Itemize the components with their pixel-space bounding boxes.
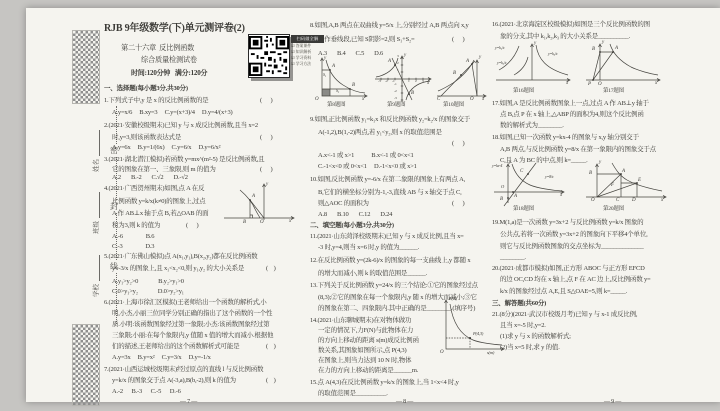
text-line: 2.(2021·安徽校级期末)已知 y 与 x 成反比例函数,且当 x=2 bbox=[104, 122, 258, 129]
text-line: 11.(2021·山东菏泽校级期末)已知 y 与 x 成反比例,且当 x= bbox=[310, 233, 464, 240]
text-line: 数的解析式为________. bbox=[500, 122, 564, 129]
text-line: 12.在反比例函数 y=(2k-6)/x 的图象的每一支曲线上,y 都随 x bbox=[310, 257, 470, 264]
section-header: 一、选择题(每小题3分,共30分) bbox=[104, 85, 188, 92]
text-line: A 作 AB⊥x 轴于点 B,若△OAB 的面 bbox=[112, 210, 208, 217]
figure-label: y=k₃/x bbox=[548, 52, 557, 56]
figure-label: C bbox=[616, 198, 619, 203]
figure-label: C bbox=[437, 97, 440, 102]
figure-tick: -1 bbox=[394, 83, 397, 87]
text-line: 积为3,则 k 的值为 bbox=[112, 222, 160, 229]
text-line: B,它们的横坐标分别为-1,-3,直线 AB 与 x 轴交于点 C, bbox=[318, 189, 462, 196]
text-line: A.3 B.4 C.5 D.6 bbox=[318, 50, 383, 57]
text-line: 9.如图,正比例函数 y₁=k₁x 和反比例函数 y₂=k₂/x 的图象交于 bbox=[310, 116, 470, 123]
figure-label: B bbox=[243, 220, 246, 225]
text-line: A.y=3x B.y=x² C.y=3/x D.y=-1/x bbox=[112, 354, 211, 361]
text-line: A.-2 B.-3 C.-5 D.-6 bbox=[112, 388, 181, 395]
text-line: 时,y=3,则该函数表达式是 bbox=[112, 134, 181, 141]
text-line: 轴作垂线段,已知 S阴影=2,则 S₁+S₂= bbox=[318, 36, 415, 43]
text-line: 质.小明:该函数图象经过第一象限;小杰:该函数图象经过第 bbox=[112, 321, 269, 328]
figure-tick: -3 bbox=[394, 97, 397, 101]
paper-title: RJB 9年级数学(下)单元测评卷(2) bbox=[104, 24, 245, 35]
text-line: 公共点,若将一次函数 y=3x+2 的图象向下平移4个单位, bbox=[500, 231, 648, 238]
text-line: C,且 A 为 BC 的中点,则 k=_____. bbox=[500, 157, 588, 164]
figure-label: B bbox=[411, 91, 414, 96]
text-line: 17.如图,A 是反比例函数图象上一点,过点 A 作 AB⊥y 轴于 bbox=[492, 100, 649, 107]
figure-label: y bbox=[509, 160, 511, 165]
text-line: (1)求 y 与 x 的函数解析式; bbox=[500, 333, 571, 340]
figure-tick: -3 bbox=[378, 80, 381, 84]
figure-label: F(N) bbox=[449, 297, 457, 302]
text-line: 10.如图,反比例函数 y=-6/x 在第二象限的图象上有两点 A, bbox=[310, 176, 465, 183]
text-line: A,B 两点,与反比例函数 y=8/x 在第一象限内的图象交于点 bbox=[500, 146, 656, 153]
figure-label: B bbox=[352, 83, 355, 88]
text-line: 13.下列关于反比例函数 y=24/x 的三个结论:①它的图象经过点 bbox=[310, 282, 478, 289]
text-line: 8.如图,A,B 两点在双曲线 y=5/x 上,分别经过 A,B 两点向 x,y bbox=[310, 22, 469, 29]
text-line: C.-1<x<0 或 0<x<1 D.-1<x<0 或 x>1 bbox=[318, 163, 417, 170]
figure-label: x bbox=[560, 193, 562, 198]
figure-caption: 第9题图 bbox=[387, 103, 405, 109]
text-line: ________. bbox=[500, 254, 526, 261]
text-line: 20.(2021·成都市模拟)如图,正方形 ABOC 与正方形 EFCD bbox=[492, 265, 645, 272]
text-line: 且当 x=-5 时,y=2. bbox=[500, 322, 546, 329]
text-line: ( ) bbox=[260, 166, 272, 173]
figure-label: O bbox=[598, 82, 601, 87]
text-line: 比例函数 y=k/x(k≠0)的图象上,过点 bbox=[112, 198, 205, 205]
figure-label: y bbox=[404, 53, 406, 58]
text-line: 点 B,点 P 在 x 轴上,△ABP 的面积为4,则这个反比例函 bbox=[500, 111, 644, 118]
subtitle-line: 综合质量检测试卷 bbox=[141, 57, 197, 65]
text-line: 15.点 A(4,3)在反比例函数 y=k/x 的图象上,当 1<x<4 时,y bbox=[310, 379, 459, 386]
figure-caption: 第16题图 bbox=[513, 89, 534, 95]
figure-tick: 3 bbox=[397, 55, 399, 59]
figure-label: y bbox=[599, 160, 601, 165]
figure-label: O bbox=[470, 97, 473, 102]
text-line: 18.如图,已知一次函数 y=kx-4 的图象与 x,y 轴分别交于 bbox=[492, 134, 639, 141]
text-line: 的取值范围是__________. bbox=[318, 390, 388, 397]
figure-label: x bbox=[427, 81, 429, 86]
page-number: — 8 — bbox=[396, 399, 413, 405]
text-line: 21.(8分)(2021·武汉市校级月考)已知 y 与 x-1 成反比例, bbox=[492, 311, 637, 318]
figure-label: A bbox=[622, 169, 625, 174]
figure-label: B bbox=[500, 197, 503, 202]
text-line: k/x 的图象经过点 A,E,且 S△OAE=5,则 k=_____. bbox=[500, 288, 627, 295]
figure-caption: 第8题图 bbox=[327, 103, 345, 109]
figure-label: B bbox=[592, 47, 595, 52]
text-line: 明,小杰,小丽三位同学分别正确的指出了这个函数的一个性 bbox=[112, 310, 272, 317]
figure-tick: 1 bbox=[408, 80, 410, 84]
figure-tick: 3 bbox=[422, 80, 424, 84]
text-line: 4.(2021·广西贺州期末)如图,点 A 在反 bbox=[104, 185, 204, 192]
figure-label: A bbox=[514, 194, 517, 199]
text-line: 则△AOC 的面积为 bbox=[318, 200, 369, 207]
figure-label: S₁ bbox=[323, 73, 326, 77]
text-line: 象的分支,其中 k₁,k₂,k₃ 的大小关系是__________. bbox=[500, 33, 630, 40]
figure-caption: 第10题图 bbox=[443, 103, 464, 109]
figure-label: y=8/x bbox=[545, 175, 553, 179]
figure-tick: 2 bbox=[415, 80, 417, 84]
figure-label: C bbox=[520, 169, 523, 174]
figure-label: x bbox=[482, 97, 484, 102]
figure-label: O bbox=[591, 198, 594, 203]
page-number: — 7 — bbox=[180, 399, 197, 405]
text-line: A.y=6x B.y=1/(6x) C.y=6/x D.y=6/x² bbox=[112, 144, 220, 151]
figure-label: A bbox=[615, 46, 618, 51]
figure-tick: 2 bbox=[397, 62, 399, 66]
text-line: 它的图象在第一、三象限,则 m 的值为 bbox=[112, 166, 216, 173]
figure-label: A bbox=[466, 59, 469, 64]
figure-label: A bbox=[332, 64, 335, 69]
figure-tick: -2 bbox=[385, 80, 388, 84]
text-line: 16.(2021·北京海淀区校级模拟)如图是三个反比例函数的图 bbox=[492, 21, 650, 28]
text-line: ( ) bbox=[260, 97, 272, 104]
text-line: ( ) bbox=[266, 343, 276, 350]
page-number: — 9 — bbox=[604, 399, 621, 405]
text-line: 6.(2021·上海市徐汇区模拟)王老师给出一个函数的解析式,小 bbox=[104, 299, 267, 306]
text-line: 1.下列式子中,y 是 x 的反比例函数的是 bbox=[104, 97, 208, 104]
figure-label: A bbox=[252, 194, 255, 199]
text-line: 一定的情况下,力F(N)与此物体在力 bbox=[318, 327, 413, 334]
figure-label: y bbox=[534, 41, 536, 46]
text-line: y=-3/x 的图象上,且 x₁<x₂<0,则 y₁,y₂ 的大小关系是 bbox=[112, 265, 244, 272]
text-line: 7.(2021·山西运城校级期末)经过原点的直线 l 与反比例函数 bbox=[104, 366, 263, 373]
figure-label: x bbox=[661, 198, 663, 203]
figure-label: B bbox=[453, 71, 456, 76]
figure-tick: 1 bbox=[397, 69, 399, 73]
text-line: (2)当 x=5 时,求 y 的值. bbox=[500, 344, 560, 351]
text-line: 19.M(1,a)是一次函数 y=3x+2 与反比例函数 y=k/x 图象的 bbox=[492, 219, 643, 226]
figure-label: E bbox=[638, 178, 641, 183]
text-line: A.x<-1 或 x>1 B.x<-1 或 0<x<1 bbox=[318, 152, 414, 159]
text-line: 5.(2021·广东佛山模拟)点 A(x₁,y₁),B(x₂,y₂)都在反比例函… bbox=[104, 253, 257, 260]
text-line: ( ) bbox=[452, 36, 464, 43]
chapter-line: 第二十六章 反比例函数 bbox=[121, 45, 194, 53]
figure-label: F bbox=[611, 183, 614, 188]
figure-label: x bbox=[566, 81, 568, 86]
figure-label: y bbox=[602, 40, 604, 45]
text-line: C.-3 D.3 bbox=[112, 243, 154, 250]
text-line: 的增大而减小,则 k 的取值范围是______. bbox=[318, 270, 427, 277]
figure-label: y=kx-4 bbox=[492, 164, 502, 168]
figure-tick: -2 bbox=[394, 90, 397, 94]
figure-label: s(m) bbox=[487, 351, 494, 356]
text-line: ( ) bbox=[266, 265, 276, 272]
figure-label: D bbox=[632, 198, 635, 203]
figure-caption: 第20题图 bbox=[603, 207, 624, 213]
text-line: ( ) bbox=[186, 222, 198, 229]
text-line: A.y=x/6 B.xy=3 C.y=(x+3)/4 D.y=4/(x+3) bbox=[112, 109, 233, 116]
text-line: 则它与反比例函数图象的交点坐标为______________ bbox=[500, 243, 644, 250]
figure-label: x bbox=[289, 219, 291, 224]
section-header: 二、填空题(每小题3分,共30分) bbox=[310, 222, 394, 229]
text-line: 的方向上移动的距离 s(m)成反比例函 bbox=[318, 337, 419, 344]
figure-label: S₂ bbox=[336, 89, 339, 93]
figure-label: y bbox=[266, 182, 268, 187]
text-line: 三象限;小丽:在每个象限内,y 值随 x 值的增大而减小.根据他 bbox=[112, 332, 273, 339]
figure-caption: 第18题图 bbox=[513, 207, 534, 213]
figure-label: B bbox=[589, 171, 592, 176]
text-line: -3 时,y=4,则当 x=6 时,y 的值为______. bbox=[318, 244, 419, 251]
figure-label: y bbox=[324, 56, 326, 61]
figure-label: y=k₁/x bbox=[495, 46, 504, 50]
text-line: 的图象在第二、四象限内.其中正确的是________.(填序号) bbox=[318, 305, 475, 312]
scanned-exam-photo: { "margin": { "seal": ["密", "封", "线"], "… bbox=[0, 0, 720, 411]
text-line: A.8 B.10 C.12 D.24 bbox=[318, 211, 392, 218]
figure-label: O bbox=[260, 220, 263, 225]
figure-label: O bbox=[315, 97, 318, 102]
figure-label: y bbox=[479, 55, 481, 60]
text-line: A(-1,2),B(1,-2)两点,若 y₁<y₂,则 x 的取值范围是 bbox=[318, 129, 442, 136]
figure-label: x bbox=[655, 81, 657, 86]
figure-label: y=k₂/x bbox=[497, 61, 506, 65]
text-line: A.-6 B.6 bbox=[112, 233, 154, 240]
text-line: y=k/x 的图象交于点 A(-3,a),B(b,-2),则 k 的值为 bbox=[112, 377, 236, 384]
section-header: 三、解答题(共60分) bbox=[492, 300, 546, 307]
text-line: A.y₁>y₂>0 B.y₂>y₁>0 bbox=[112, 278, 184, 285]
text-line: 们的描述,王老师给出的这个函数解析式可能是 bbox=[112, 343, 239, 350]
text-line: 的边 OC,CD 均在 x 轴上,点 F 在 AC 边上,反比例函数 y= bbox=[500, 276, 650, 283]
figure-label: O bbox=[501, 185, 504, 190]
figure-caption: 第17题图 bbox=[603, 89, 624, 95]
time-score-line: 时间:120分钟 满分:120分 bbox=[131, 70, 207, 78]
figure-label: A bbox=[388, 59, 391, 64]
figure-label: x bbox=[362, 97, 364, 102]
text-line: 3.(2021·湖北潜江模拟)若函数 y=mx^(m²-5) 是反比例函数,且 bbox=[104, 156, 264, 163]
figure-label: P(4,3) bbox=[473, 332, 483, 337]
text-line: 数关系,其图象如图所示,点 P(4,3) bbox=[318, 347, 406, 354]
text-line: 在图象上,则当力达到 10 N 时,物体 bbox=[318, 357, 411, 364]
figure-label: O bbox=[440, 350, 443, 355]
text-line: ( ) bbox=[452, 200, 464, 207]
text-line: ( ) bbox=[452, 140, 464, 147]
text-line: 在力的方向上移动的距离是______m. bbox=[318, 367, 418, 374]
figure-label: P bbox=[588, 82, 591, 87]
text-line: ( ) bbox=[260, 134, 272, 141]
text-line: 14.(2021·山东聊城期末)在对物体做功 bbox=[310, 317, 411, 324]
printed-text-layer: RJB 9年级数学(下)单元测评卷(2)第二十六章 反比例函数综合质量检测试卷时… bbox=[0, 0, 720, 411]
text-line: ( ) bbox=[266, 377, 276, 384]
text-line: A.2 B.-2 C.√2 D.-√2 bbox=[112, 174, 188, 181]
text-line: C.0>y₁>y₂ D.0>y₂>y₁ bbox=[112, 288, 184, 295]
